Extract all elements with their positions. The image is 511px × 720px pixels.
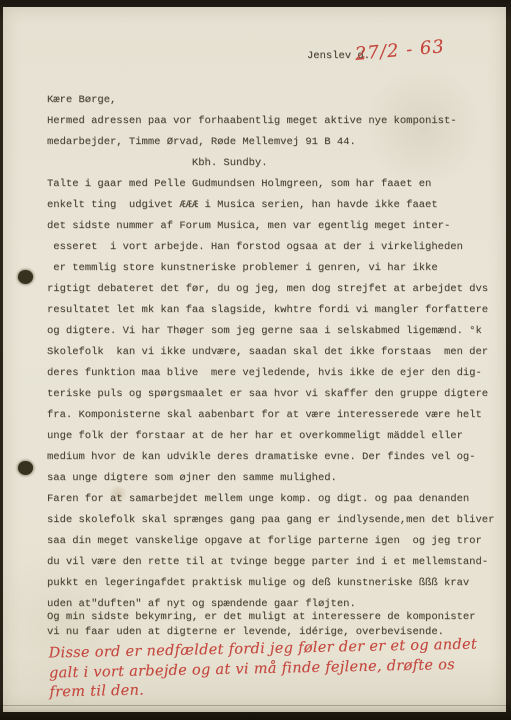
typed-line: Kære Børge, <box>47 90 494 111</box>
typed-line: enkelt ting udgivet ÆÆÆ i Musica serien,… <box>47 195 494 216</box>
typed-line: rigtigt debateret det før, du og jeg, me… <box>47 279 494 300</box>
typed-line: og digtere. Vi har Thøger som jeg gerne … <box>47 321 494 342</box>
typed-line: medarbejder, Timme Ørvad, Røde Mellemvej… <box>47 132 494 153</box>
typed-line: Faren for at samarbejdet mellem unge kom… <box>47 489 494 510</box>
typed-line: er temmlig store kunstneriske problemer … <box>47 258 494 279</box>
typed-line: Kbh. Sundby. <box>47 153 494 174</box>
typed-line: teriske puls og spørgsmaalet er saa hvor… <box>47 384 494 405</box>
scanned-letter-page: Jenslev d. 27/2 - 63 Kære Børge,Hermed a… <box>0 0 511 720</box>
typed-line: Og min sidste bekymring, er det muligt a… <box>47 610 475 625</box>
letter-closing: Og min sidste bekymring, er det muligt a… <box>47 610 475 639</box>
typed-line: saa unge digtere som øjner den samme mul… <box>47 468 494 489</box>
letter-body: Kære Børge,Hermed adressen paa vor forha… <box>47 90 494 615</box>
typed-line: deres funktion maa blive mere vejledende… <box>47 363 494 384</box>
typed-line: det sidste nummer af Forum Musica, men v… <box>47 216 494 237</box>
typed-line: side skolefolk skal sprænges gang paa ga… <box>47 510 494 531</box>
typed-line: Talte i gaar med Pelle Gudmundsen Holmgr… <box>47 174 494 195</box>
typed-line: pukkt en legeringafdet praktisk mulige o… <box>47 573 494 594</box>
typed-line: unge folk der forstaar at de her har et … <box>47 426 494 447</box>
handwritten-note: Disse ord er nedfældet fordi jeg føler d… <box>48 636 478 703</box>
typed-line: esseret i vort arbejde. Han forstod ogsa… <box>47 237 494 258</box>
typed-line: du vil være den rette til at tvinge begg… <box>47 552 494 573</box>
typed-line: Skolefolk kan vi ikke undvære, saadan sk… <box>47 342 494 363</box>
typed-line: medium hvor de kan udvikle deres dramati… <box>47 447 494 468</box>
typed-line: fra. Komponisterne skal aabenbart for at… <box>47 405 494 426</box>
typed-line: resultatet let mk kan faa slagside, kwht… <box>47 300 494 321</box>
typed-line: saa din meget vanskelige opgave at forli… <box>47 531 494 552</box>
typed-line: Hermed adressen paa vor forhaabentlig me… <box>47 111 494 132</box>
